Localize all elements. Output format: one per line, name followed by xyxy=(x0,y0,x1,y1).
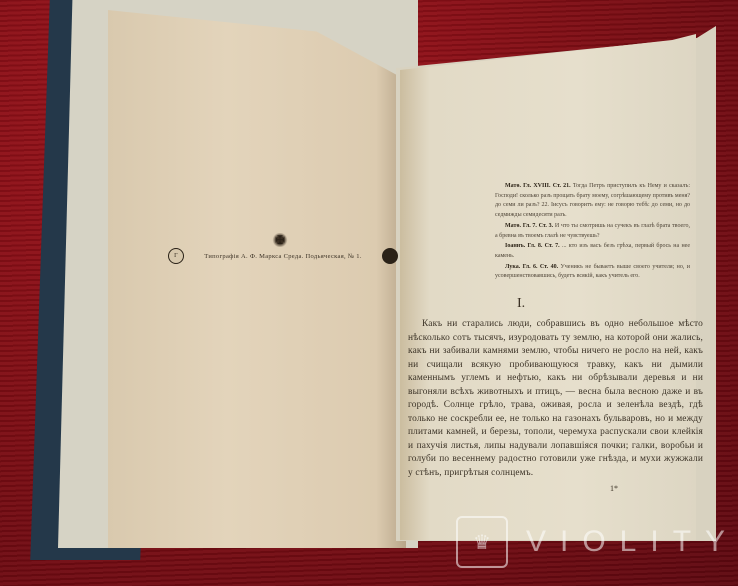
imperial-eagle-icon: ✠ xyxy=(272,233,288,247)
printer-mark-left-icon: Г xyxy=(168,248,184,264)
left-page xyxy=(108,10,406,548)
chapter-number: I. xyxy=(517,296,525,312)
chapter-body: Какъ ни старались люди, собравшись въ од… xyxy=(408,318,703,480)
printer-mark-right-icon xyxy=(382,248,398,264)
epigraph: Іоаннъ. Гл. 8. Ст. 7. ... кто изъ васъ б… xyxy=(495,242,690,261)
epigraph-ref: Матѳ. Гл. 7. Ст. 3. xyxy=(505,223,553,229)
epigraph-ref: Іоаннъ. Гл. 8. Ст. 7. xyxy=(505,243,560,249)
crown-icon: ♛ xyxy=(456,516,508,568)
epigraph: Матѳ. Гл. 7. Ст. 3. И что ты смотришь на… xyxy=(495,222,690,241)
imprint-text: Типографія А. Ф. Маркса Среда. Подьяческ… xyxy=(204,253,362,260)
signature-mark: 1* xyxy=(610,484,618,493)
epigraph: Матѳ. Гл. XVIII. Ст. 21. Тогда Петръ при… xyxy=(495,182,690,221)
watermark: ♛ VIOLITY xyxy=(456,516,738,568)
epigraph: Лука. Гл. 6. Ст. 40. Ученикъ не бываетъ … xyxy=(495,263,690,282)
body-paragraph: Какъ ни старались люди, собравшись въ од… xyxy=(408,318,703,480)
epigraph-ref: Матѳ. Гл. XVIII. Ст. 21. xyxy=(505,183,571,189)
watermark-text: VIOLITY xyxy=(526,525,738,559)
epigraphs: Матѳ. Гл. XVIII. Ст. 21. Тогда Петръ при… xyxy=(495,182,690,283)
epigraph-ref: Лука. Гл. 6. Ст. 40. xyxy=(505,264,558,270)
printer-imprint: Г Типографія А. Ф. Маркса Среда. Подьяче… xyxy=(168,248,398,264)
